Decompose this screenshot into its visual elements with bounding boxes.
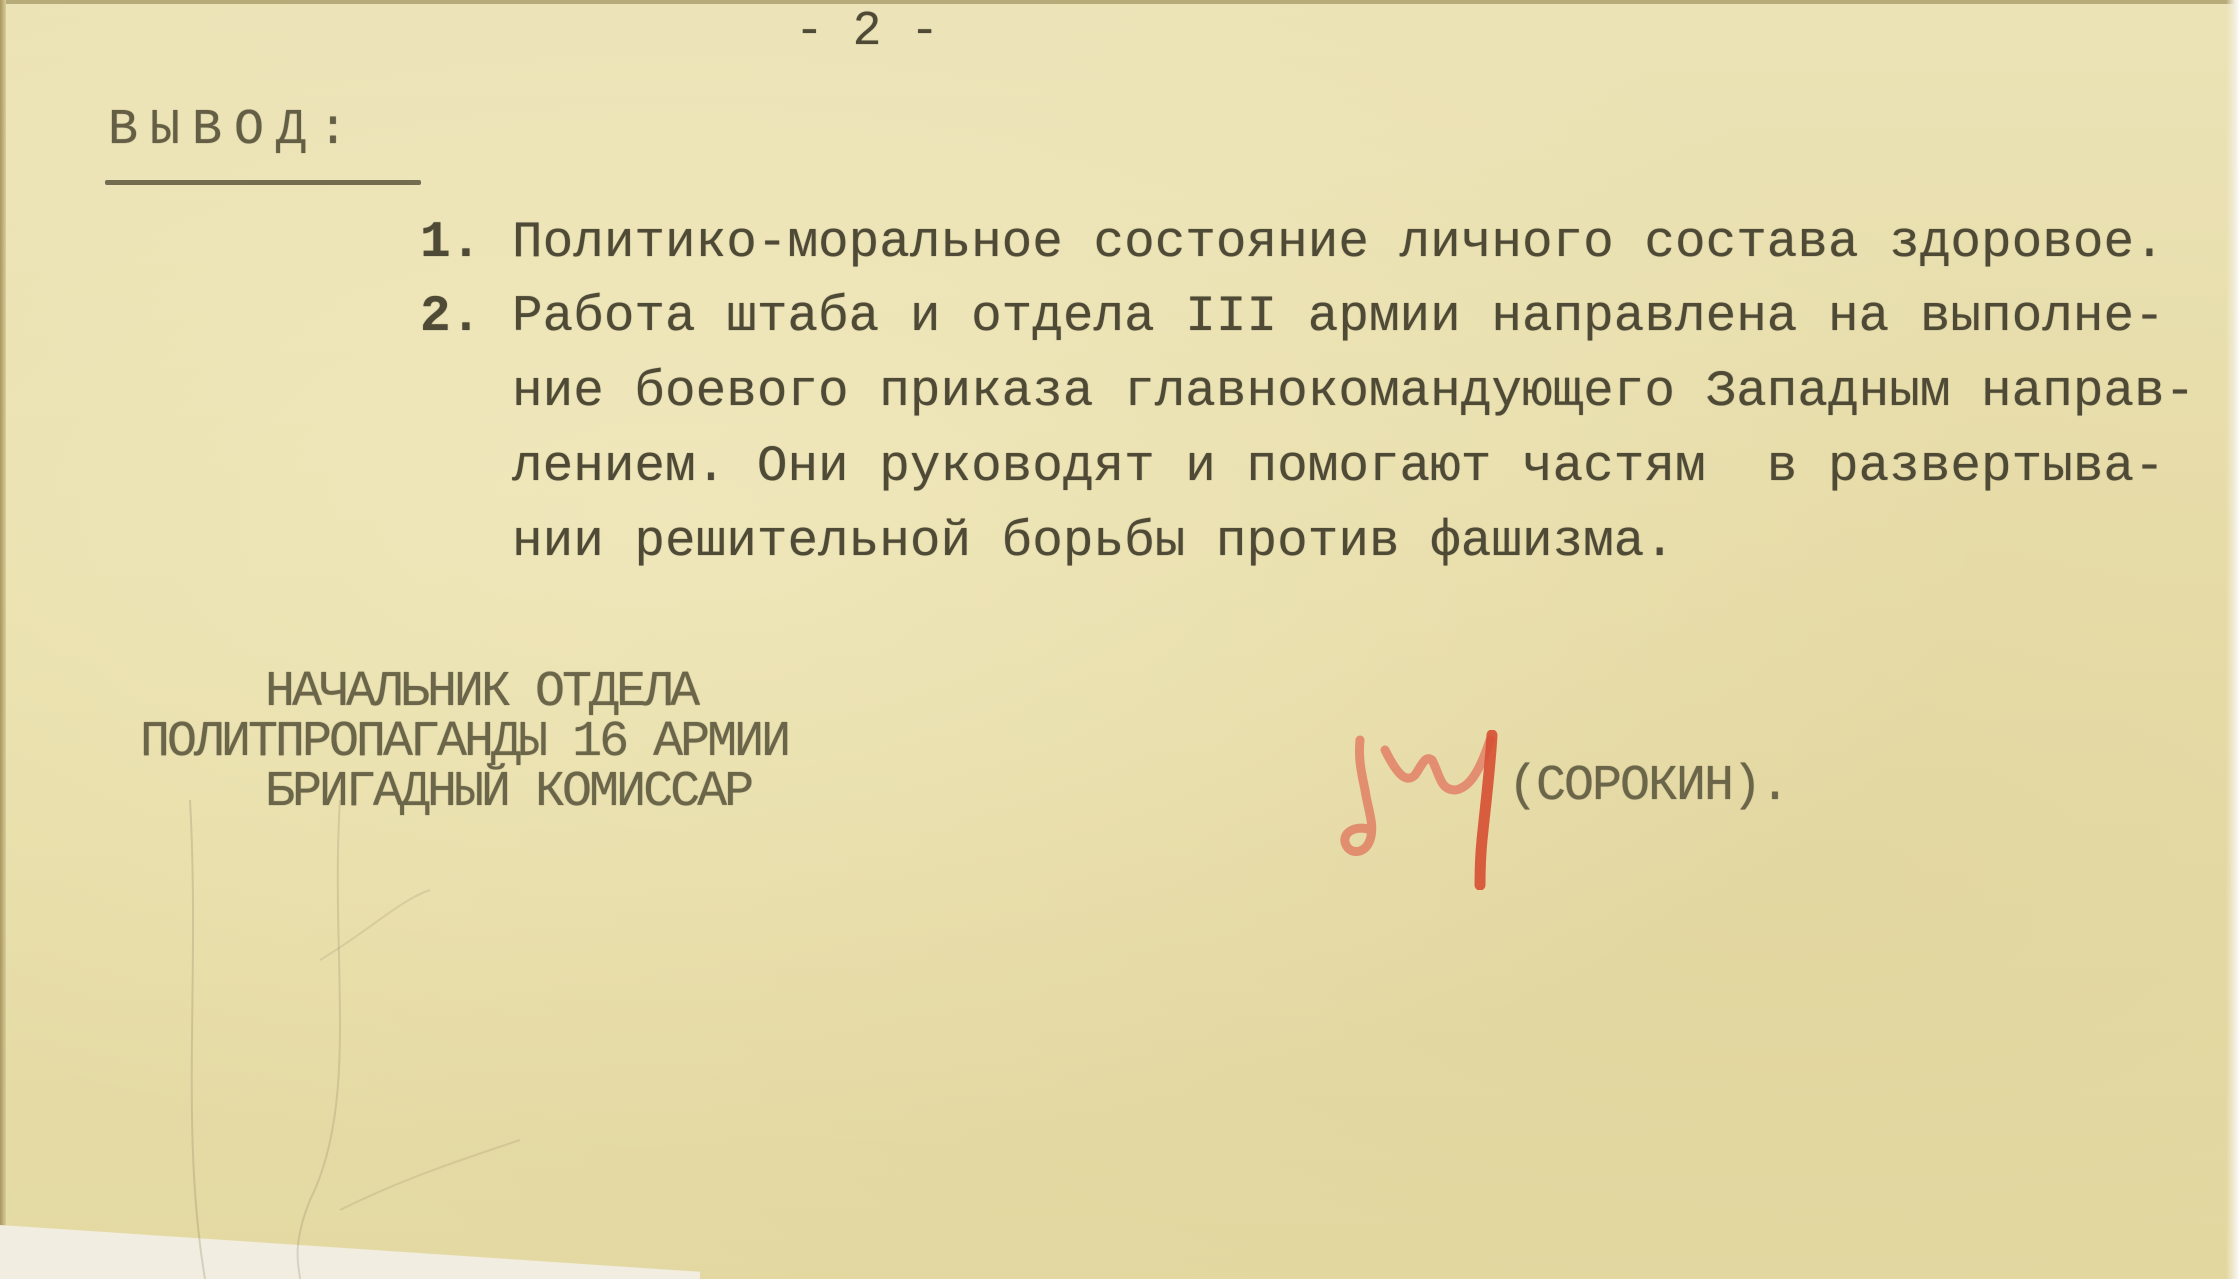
conclusion-2-number: 2.	[420, 292, 481, 343]
paper-crease-lines	[0, 780, 600, 1279]
conclusion-2-line-1: Работа штаба и отдела III армии направле…	[512, 292, 2165, 343]
conclusion-2-line-3: лением. Они руководят и помогают частям …	[512, 442, 2165, 493]
conclusion-2-line-4: нии решительной борьбы против фашизма.	[512, 517, 1675, 568]
conclusion-1-number: 1.	[420, 218, 481, 269]
paper-top-edge	[0, 0, 2240, 4]
signatory-title-line-3: БРИГАДНЫЙ КОМИССАР	[265, 768, 751, 818]
conclusion-1-line-1: Политико-моральное состояние личного сос…	[512, 218, 2165, 269]
handwritten-signature	[1340, 730, 1520, 890]
signatory-title-line-2: ПОЛИТПРОПАГАНДЫ 16 АРМИИ	[140, 718, 788, 768]
page-number: - 2 -	[795, 8, 939, 56]
paper-right-edge	[2226, 0, 2240, 1279]
conclusion-2-line-2: ние боевого приказа главнокомандующего З…	[512, 367, 2195, 418]
signatory-name: (СОРОКИН).	[1508, 762, 1788, 812]
heading-underline	[105, 180, 421, 185]
section-heading: ВЫВОД:	[108, 106, 360, 156]
signatory-title-line-1: НАЧАЛЬНИК ОТДЕЛА	[265, 668, 697, 718]
